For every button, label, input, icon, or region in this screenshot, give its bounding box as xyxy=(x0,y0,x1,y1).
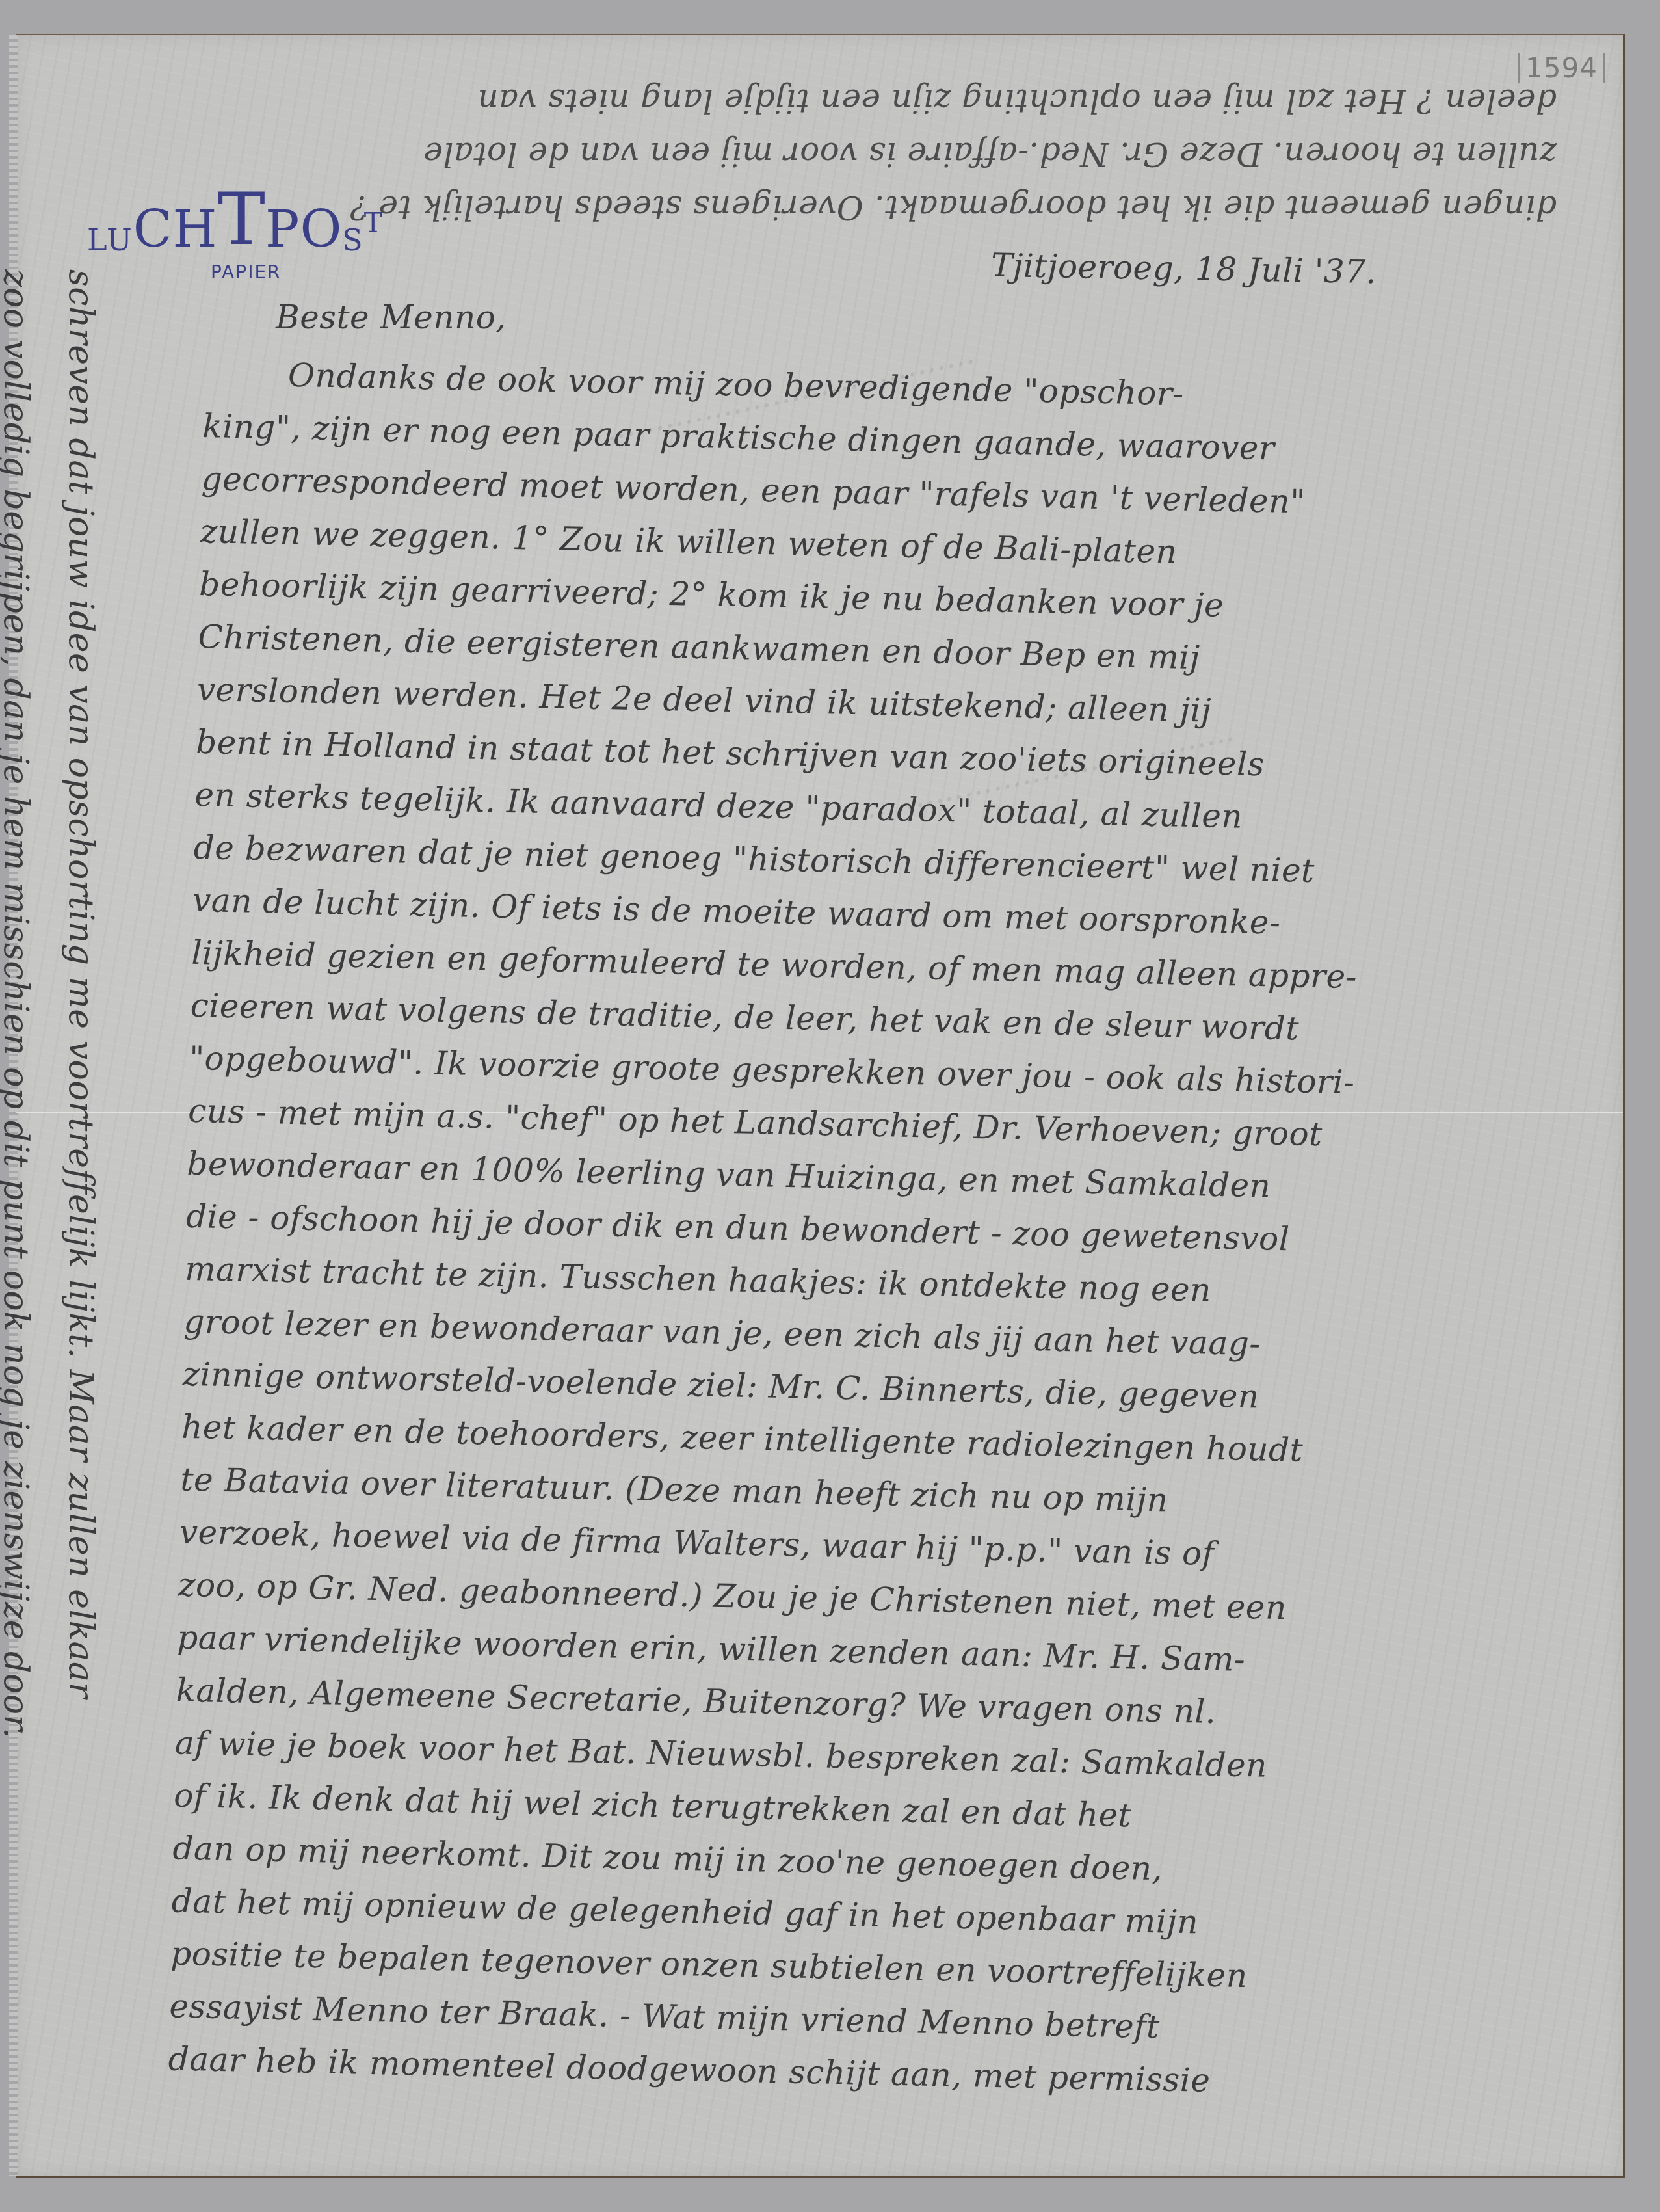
luchtpost-letterhead: LU C H T P O S T PAPIER xyxy=(87,183,382,283)
margin-line: schreven dat jouw idee van opschorting m… xyxy=(48,269,113,2188)
letter-sheet: ...................................... .… xyxy=(16,34,1625,2178)
letterhead-title: LU C H T P O S T xyxy=(87,183,382,255)
salutation: Beste Menno, xyxy=(276,299,507,336)
letter-body: Ondanks de ook voor mij zoo bevredigende… xyxy=(168,347,1627,2115)
margin-line: zoo volledig begrijpen, dan je hem missc… xyxy=(0,269,48,2188)
postscript-line: deelen ? Het zal mij een opluchting zijn… xyxy=(74,74,1557,127)
postscript-line: zullen te hooren. Deze Gr. Ned.-affaire … xyxy=(74,127,1557,181)
place-and-date: Tjitjoeroeg, 18 Juli '37. xyxy=(991,247,1377,291)
letterhead-subtitle: PAPIER xyxy=(211,261,382,283)
vertical-margin-note: schreven dat jouw idee van opschorting m… xyxy=(0,269,113,2188)
